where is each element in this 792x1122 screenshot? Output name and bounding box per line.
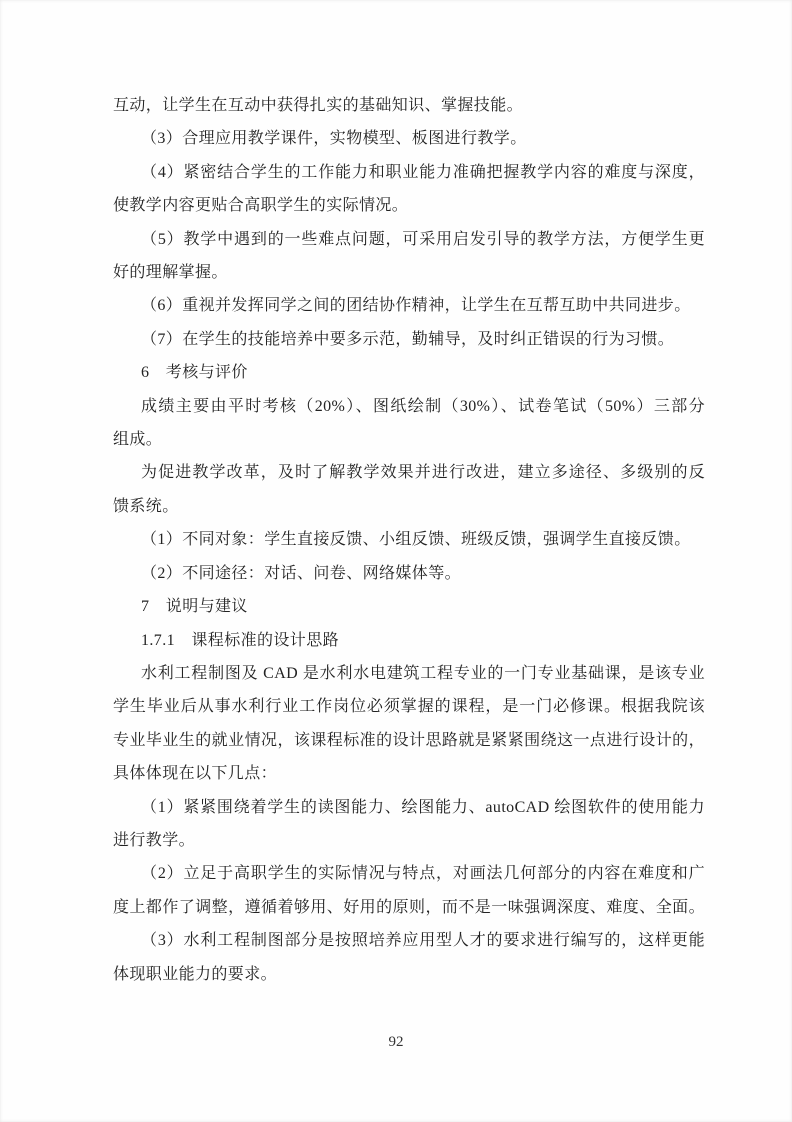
- body-line: 好的理解掌握。: [113, 256, 705, 289]
- body-line: 学生毕业后从事水利行业工作岗位必须掌握的课程，是一门必修课。根据我院该: [113, 690, 705, 723]
- subsection-heading: 1.7.1 课程标准的设计思路: [113, 624, 705, 657]
- body-line: 体现职业能力的要求。: [113, 958, 705, 991]
- section-heading: 6 考核与评价: [113, 356, 705, 389]
- body-line: （1）不同对象：学生直接反馈、小组反馈、班级反馈，强调学生直接反馈。: [113, 523, 705, 556]
- body-line: 具体体现在以下几点：: [113, 757, 705, 790]
- body-line: 专业毕业生的就业情况，该课程标准的设计思路就是紧紧围绕这一点进行设计的，: [113, 724, 705, 757]
- body-line: （3）合理应用教学课件，实物模型、板图进行教学。: [113, 122, 705, 155]
- body-line: （3）水利工程制图部分是按照培养应用型人才的要求进行编写的，这样更能: [113, 924, 705, 957]
- body-line: 进行教学。: [113, 824, 705, 857]
- body-line: （7）在学生的技能培养中要多示范，勤辅导，及时纠正错误的行为习惯。: [113, 323, 705, 356]
- body-line: （2）不同途径：对话、问卷、网络媒体等。: [113, 557, 705, 590]
- body-line: 成绩主要由平时考核（20%）、图纸绘制（30%）、试卷笔试（50%）三部分: [113, 390, 705, 423]
- body-line: 使教学内容更贴合高职学生的实际情况。: [113, 189, 705, 222]
- document-page: 互动，让学生在互动中获得扎实的基础知识、掌握技能。 （3）合理应用教学课件，实物…: [0, 0, 792, 1122]
- body-line: 度上都作了调整，遵循着够用、好用的原则，而不是一味强调深度、难度、全面。: [113, 891, 705, 924]
- body-line: （2）立足于高职学生的实际情况与特点，对画法几何部分的内容在难度和广: [113, 857, 705, 890]
- body-line: （6）重视并发挥同学之间的团结协作精神，让学生在互帮互助中共同进步。: [113, 289, 705, 322]
- body-text: 互动，让学生在互动中获得扎实的基础知识、掌握技能。 （3）合理应用教学课件，实物…: [113, 89, 705, 991]
- body-line: 组成。: [113, 423, 705, 456]
- body-line: 馈系统。: [113, 490, 705, 523]
- body-line: 水利工程制图及 CAD 是水利水电建筑工程专业的一门专业基础课，是该专业: [113, 657, 705, 690]
- body-line: 互动，让学生在互动中获得扎实的基础知识、掌握技能。: [113, 89, 705, 122]
- body-line: （5）教学中遇到的一些难点问题，可采用启发引导的教学方法，方便学生更: [113, 223, 705, 256]
- body-line: （4）紧密结合学生的工作能力和职业能力准确把握教学内容的难度与深度，: [113, 156, 705, 189]
- section-heading: 7 说明与建议: [113, 590, 705, 623]
- page-number: 92: [0, 1032, 792, 1052]
- body-line: 为促进教学改革，及时了解教学效果并进行改进，建立多途径、多级别的反: [113, 456, 705, 489]
- body-line: （1）紧紧围绕着学生的读图能力、绘图能力、autoCAD 绘图软件的使用能力: [113, 791, 705, 824]
